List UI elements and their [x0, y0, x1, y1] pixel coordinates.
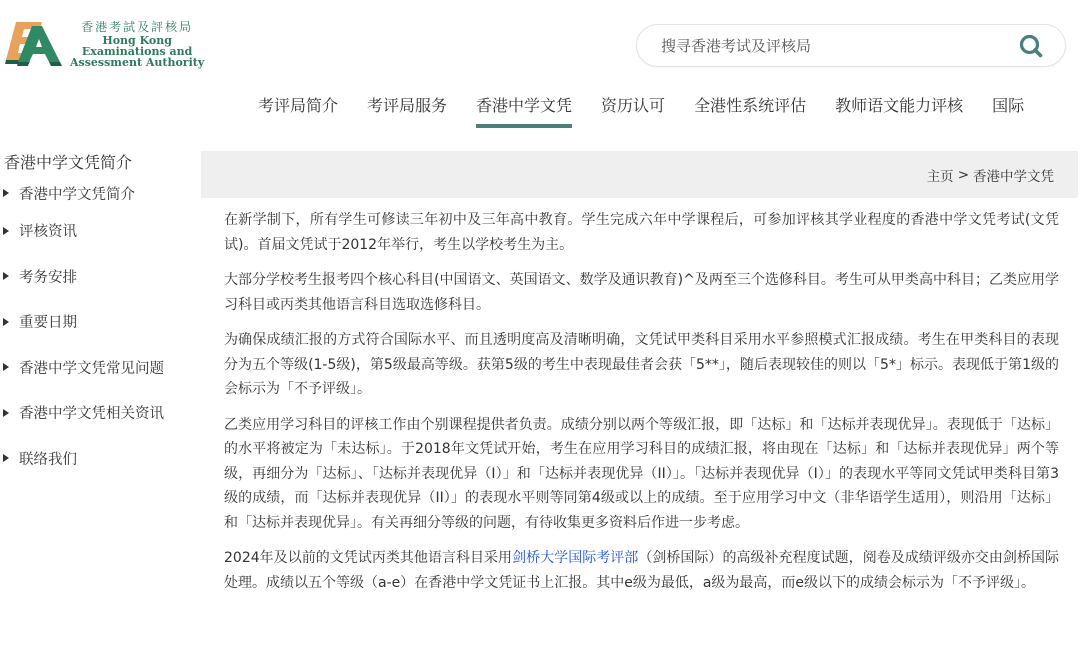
- sidebar-item-assessment-info[interactable]: 评核资讯: [0, 208, 200, 254]
- sidebar-item-label: 重要日期: [19, 311, 77, 332]
- paragraph-category-b-grading: 乙类应用学习科目的评核工作由个别课程提供者负责。成绩分别以两个等级汇报，即「达标…: [224, 413, 1059, 536]
- logo-mark-icon: [2, 20, 66, 68]
- nav-qualifications-recognition[interactable]: 资历认可: [601, 93, 665, 127]
- paragraph-subjects: 大部分学校考生报考四个核心科目(中国语文、英国语文、数学及通识教育)^及两至三个…: [224, 268, 1059, 317]
- paragraph-intro: 在新学制下，所有学生可修读三年初中及三年高中教育。学生完成六年中学课程后，可参加…: [224, 208, 1059, 257]
- triangle-right-icon: [3, 409, 9, 417]
- search-icon: [1018, 33, 1044, 59]
- sidebar-item-label: 考务安排: [19, 266, 77, 287]
- sidebar-item-label: 联络我们: [19, 448, 77, 469]
- sidebar-item-related-info[interactable]: 香港中学文凭相关资讯: [0, 390, 200, 436]
- paragraph-category-c-grading: 2024年及以前的文凭试丙类其他语言科目采用剑桥大学国际考评部（剑桥国际）的高级…: [224, 546, 1059, 595]
- main-content: 在新学制下，所有学生可修读三年初中及三年高中教育。学生完成六年中学课程后，可参加…: [224, 208, 1059, 606]
- paragraph-text: 2024年及以前的文凭试丙类其他语言科目采用: [224, 550, 512, 566]
- sidebar-title: 香港中学文凭简介: [0, 150, 200, 178]
- logo-name-zh: 香港考試及評核局: [81, 21, 193, 33]
- nav-lpat[interactable]: 教师语文能力评核: [835, 93, 963, 127]
- triangle-right-icon: [3, 227, 9, 235]
- nav-hkeaa-services[interactable]: 考评局服务: [367, 93, 447, 127]
- logo-name-en-1: Hong Kong: [102, 35, 172, 46]
- breadcrumb-current[interactable]: 香港中学文凭: [973, 165, 1054, 185]
- breadcrumb-separator: >: [958, 167, 969, 183]
- triangle-right-icon: [3, 272, 9, 280]
- paragraph-category-a-grading: 为确保成绩汇报的方式符合国际水平、而且透明度高及清晰明确，文凭试甲类科目采用水平…: [224, 328, 1059, 402]
- triangle-right-icon: [3, 189, 9, 197]
- sidebar-item-label: 评核资讯: [19, 220, 77, 241]
- site-search: [636, 24, 1066, 67]
- cambridge-international-link[interactable]: 剑桥大学国际考评部: [512, 550, 638, 566]
- sidebar-item-contact-us[interactable]: 联络我们: [0, 436, 200, 482]
- nav-territory-wide-assessment[interactable]: 全港性系统评估: [694, 93, 806, 127]
- triangle-right-icon: [3, 454, 9, 462]
- breadcrumb: 主页 > 香港中学文凭: [201, 151, 1078, 198]
- sidebar-item-hkdse-intro[interactable]: 香港中学文凭简介: [0, 178, 200, 208]
- main-nav: 考评局简介 考评局服务 香港中学文凭 资历认可 全港性系统评估 教师语文能力评核…: [258, 93, 1053, 127]
- sidebar: 香港中学文凭简介 香港中学文凭简介 评核资讯 考务安排 重要日期 香港中学文凭常…: [0, 150, 200, 481]
- triangle-right-icon: [3, 318, 9, 326]
- nav-hkdse[interactable]: 香港中学文凭: [476, 93, 572, 127]
- sidebar-item-faq[interactable]: 香港中学文凭常见问题: [0, 345, 200, 391]
- search-input[interactable]: [637, 25, 1011, 66]
- triangle-right-icon: [3, 363, 9, 371]
- breadcrumb-home[interactable]: 主页: [927, 165, 954, 185]
- logo-name-en-3: Assessment Authority: [70, 57, 204, 68]
- search-button[interactable]: [1011, 26, 1051, 66]
- sidebar-list: 香港中学文凭简介 评核资讯 考务安排 重要日期 香港中学文凭常见问题 香港中学文…: [0, 178, 200, 481]
- sidebar-item-label: 香港中学文凭常见问题: [19, 357, 164, 378]
- sidebar-item-label: 香港中学文凭相关资讯: [19, 402, 164, 423]
- nav-about-hkeaa[interactable]: 考评局简介: [258, 93, 338, 127]
- logo-text: 香港考試及評核局 Hong Kong Examinations and Asse…: [70, 21, 204, 68]
- sidebar-item-label: 香港中学文凭简介: [19, 183, 135, 204]
- nav-international[interactable]: 国际: [992, 93, 1024, 127]
- hkeaa-logo[interactable]: 香港考試及評核局 Hong Kong Examinations and Asse…: [2, 18, 207, 70]
- sidebar-item-exam-arrangements[interactable]: 考务安排: [0, 254, 200, 300]
- logo-name-en-2: Examinations and: [82, 46, 192, 57]
- sidebar-item-important-dates[interactable]: 重要日期: [0, 299, 200, 345]
